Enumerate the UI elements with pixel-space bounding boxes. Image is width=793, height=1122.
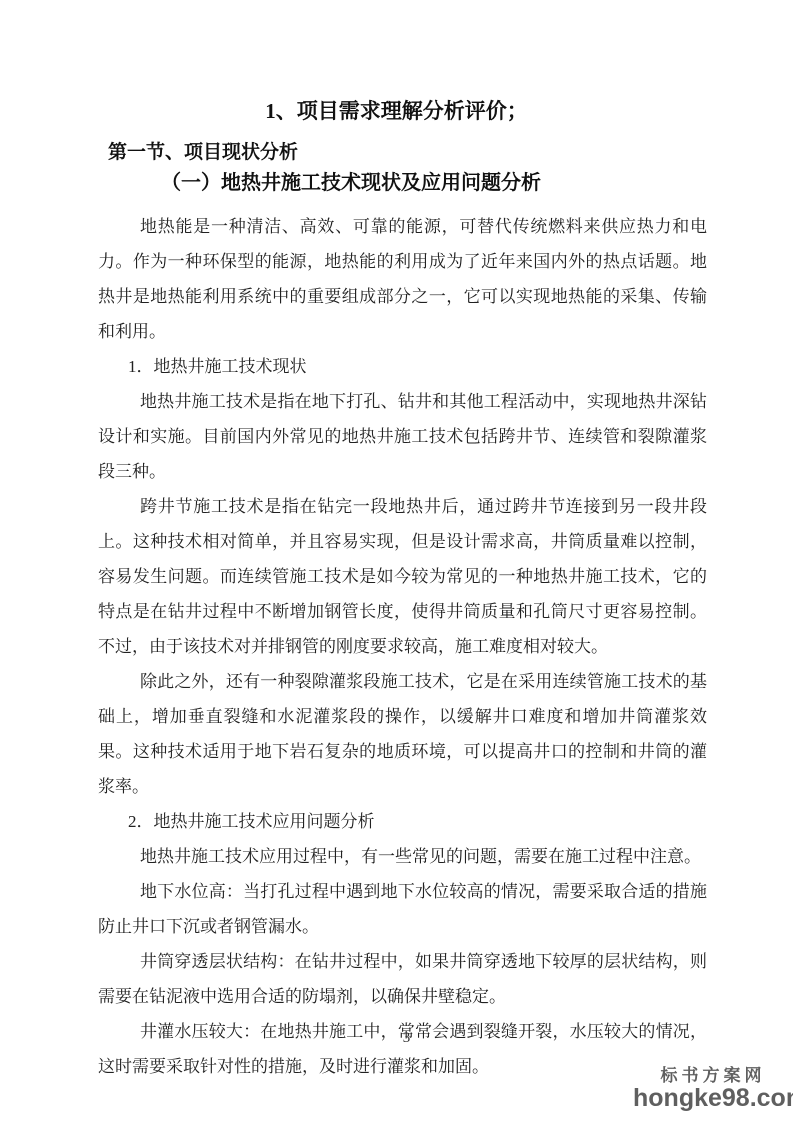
paragraph-high-water-table: 地下水位高：当打孔过程中遇到地下水位较高的情况，需要采取合适的措施防止井口下沉或… [98,874,707,944]
numbered-heading-application-problems: 2．地热井施工技术应用问题分析 [98,804,707,839]
sub-heading: （一）地热井施工技术现状及应用问题分析 [161,168,541,198]
paragraph-high-water-pressure: 井灌水压较大：在地热井施工中，常常会遇到裂缝开裂，水压较大的情况，这时需要采取针… [98,1014,707,1084]
page-number: 3 [10,1028,793,1048]
numbered-heading-construction-status: 1．地热井施工技术现状 [98,349,707,384]
document-title: 1、项目需求理解分析评价； [0,95,793,127]
document-body: 地热能是一种清洁、高效、可靠的能源，可替代传统燃料来供应热力和电力。作为一种环保… [98,209,707,1084]
paragraph-common-problems-intro: 地热井施工技术应用过程中，有一些常见的问题，需要在施工过程中注意。 [98,839,707,874]
paragraph-construction-tech-definition: 地热井施工技术是指在地下打孔、钻井和其他工程活动中，实现地热井深钻设计和实施。目… [98,384,707,489]
paragraph-geothermal-intro: 地热能是一种清洁、高效、可靠的能源，可替代传统燃料来供应热力和电力。作为一种环保… [98,209,707,349]
paragraph-cross-joint-and-coiled-tubing: 跨井节施工技术是指在钻完一段地热井后，通过跨井节连接到另一段井段上。这种技术相对… [98,489,707,664]
paragraph-fracture-grouting: 除此之外，还有一种裂隙灌浆段施工技术，它是在采用连续管施工技术的基础上，增加垂直… [98,664,707,804]
watermark-site-url: hongke98.com [633,1086,793,1110]
watermark-site-name: 标书方案网 [633,1066,793,1086]
paragraph-layered-structure: 井筒穿透层状结构：在钻井过程中，如果井筒穿透地下较厚的层状结构，则需要在钻泥液中… [98,944,707,1014]
document-page: 1、项目需求理解分析评价； 第一节、项目现状分析 （一）地热井施工技术现状及应用… [0,0,793,1122]
watermark: 标书方案网 hongke98.com [633,1066,793,1110]
section-heading: 第一节、项目现状分析 [108,139,298,166]
